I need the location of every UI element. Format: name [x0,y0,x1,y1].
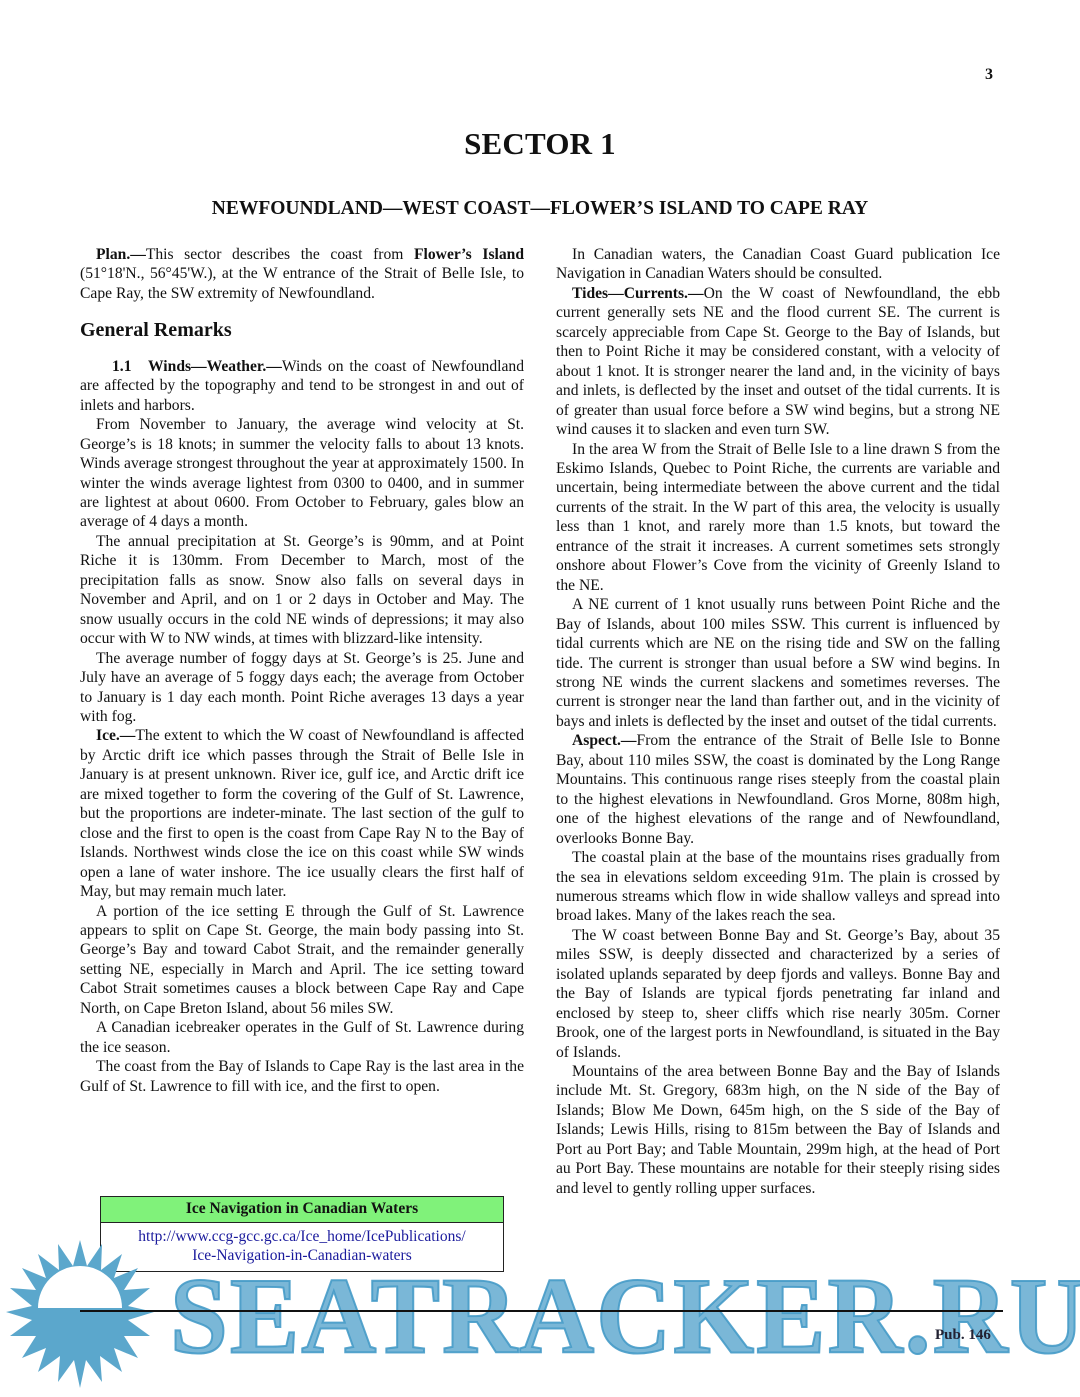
ice-label: Ice.— [96,727,135,744]
paragraph-number: 1.1 [96,357,148,376]
footer-rule [80,1310,1003,1312]
plan-paragraph: Plan.—This sector describes the coast fr… [80,245,524,303]
winds-paragraph: 1.1Winds—Weather.—Winds on the coast of … [80,357,524,415]
strait-currents-paragraph: In the area W from the Strait of Belle I… [556,440,1000,596]
ice-paragraph: Ice.—The extent to which the W coast of … [80,726,524,901]
tides-paragraph: Tides—Currents.—On the W coast of Newfou… [556,284,1000,440]
tides-label: Tides—Currents.— [572,285,704,302]
aspect-label: Aspect.— [572,732,637,749]
ne-current-paragraph: A NE current of 1 knot usually runs betw… [556,595,1000,731]
coastal-plain-paragraph: The coastal plain at the base of the mou… [556,848,1000,926]
canadian-waters-paragraph: In Canadian waters, the Canadian Coast G… [556,245,1000,284]
icebreaker-paragraph: A Canadian icebreaker operates in the Gu… [80,1018,524,1057]
ice-split-paragraph: A portion of the ice setting E through t… [80,902,524,1019]
last-area-paragraph: The coast from the Bay of Islands to Cap… [80,1057,524,1096]
winds-label: Winds—Weather.— [148,358,282,375]
ice-text: The extent to which the W coast of Newfo… [80,727,524,900]
aspect-text: From the entrance of the Strait of Belle… [556,732,1000,846]
plan-text-before: This sector describes the coast from [146,246,414,263]
plan-label: Plan.— [96,246,146,263]
watermark-text: SEATRACKER.RU [170,1262,1080,1371]
info-box-title: Ice Navigation in Canadian Waters [101,1197,503,1223]
west-coast-paragraph: The W coast between Bonne Bay and St. Ge… [556,926,1000,1062]
aspect-paragraph: Aspect.—From the entrance of the Strait … [556,731,1000,848]
sector-subtitle: NEWFOUNDLAND—WEST COAST—FLOWER’S ISLAND … [0,198,1080,220]
plan-place: Flower’s Island [414,246,524,263]
page-number: 3 [985,66,993,84]
precipitation-paragraph: The annual precipitation at St. George’s… [80,532,524,649]
wind-velocity-paragraph: From November to January, the average wi… [80,415,524,532]
general-remarks-heading: General Remarks [80,321,524,340]
publication-label: Pub. 146 [935,1327,991,1344]
left-column: Plan.—This sector describes the coast fr… [80,245,524,1096]
right-column: In Canadian waters, the Canadian Coast G… [556,245,1000,1198]
fog-paragraph: The average number of foggy days at St. … [80,649,524,727]
sector-title: SECTOR 1 [0,126,1080,162]
tides-text: On the W coast of Newfoundland, the ebb … [556,285,1000,438]
link-line-1: http://www.ccg-gcc.gc.ca/Ice_home/IcePub… [138,1228,465,1245]
plan-text-after: (51°18'N., 56°45'W.), at the W entrance … [80,265,524,301]
mountains-paragraph: Mountains of the area between Bonne Bay … [556,1062,1000,1198]
